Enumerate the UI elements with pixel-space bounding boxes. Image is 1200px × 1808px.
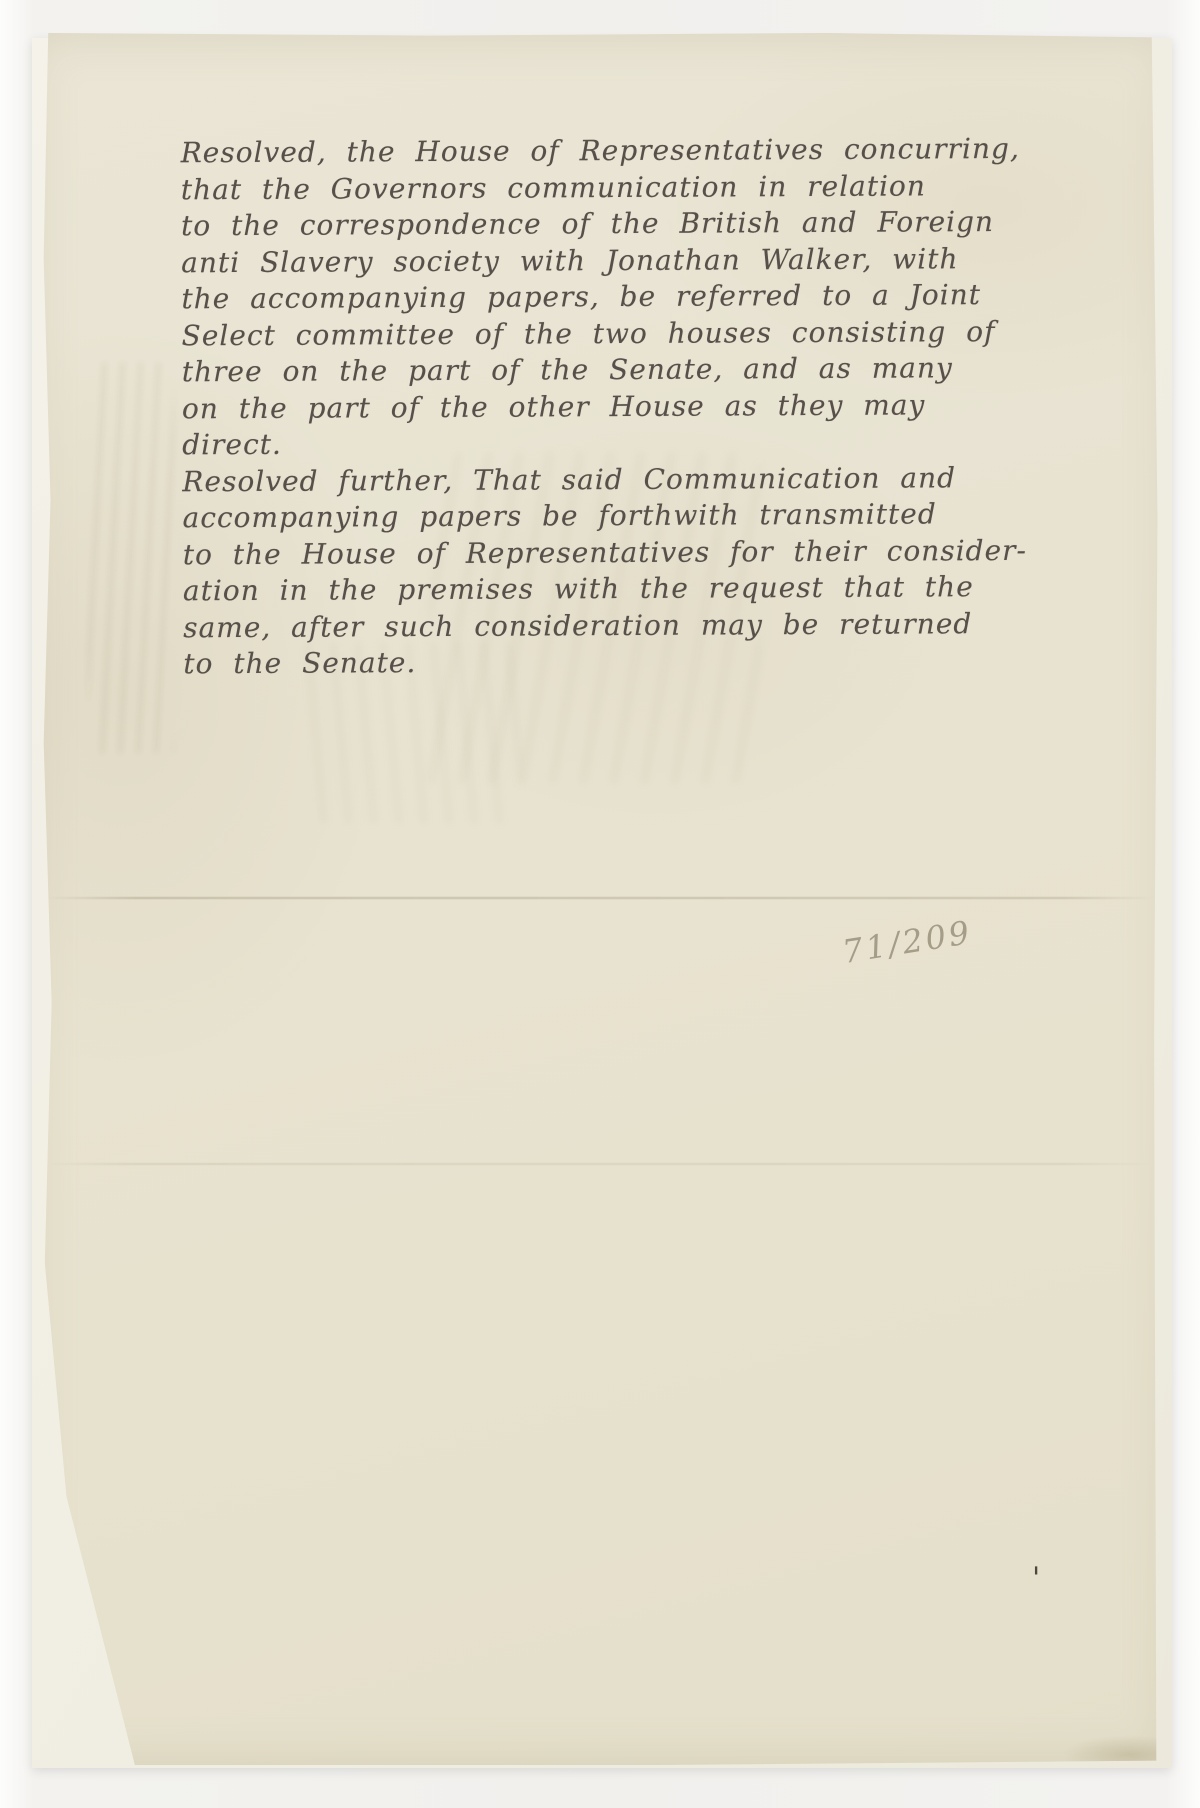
manuscript-line: accompanying papers be forthwith transmi… [182,496,1062,537]
manuscript-line: ation in the premises with the request t… [183,569,1063,610]
manuscript-line: direct. [182,423,1062,464]
manuscript-line: three on the part of the Senate, and as … [182,350,1062,391]
manuscript-line: on the part of the other House as they m… [182,386,1062,427]
fold-crease-upper [47,897,1153,899]
manuscript-line: to the correspondence of the British and… [181,204,1061,245]
manuscript-line: to the House of Representatives for thei… [183,532,1063,573]
fold-crease-lower [47,1163,1153,1165]
scanned-document: Resolved, the House of Representatives c… [0,0,1200,1808]
manuscript-line: the accompanying papers, be referred to … [181,277,1061,318]
manuscript-line: Resolved, the House of Representatives c… [181,131,1061,172]
ink-show-through-left [88,363,174,753]
manuscript-line: same, after such consideration may be re… [183,605,1063,646]
manuscript-line: that the Governors communication in rela… [181,167,1061,208]
manuscript-line: Resolved further, That said Communicatio… [182,459,1062,500]
pencil-page-number: 71/209 [840,913,975,971]
manuscript-page: Resolved, the House of Representatives c… [30,33,1170,1765]
stray-ink-mark: ' [1032,1561,1040,1596]
manuscript-line: Select committee of the two houses consi… [182,313,1062,354]
handwritten-text: Resolved, the House of Representatives c… [181,131,1064,683]
manuscript-line: anti Slavery society with Jonathan Walke… [181,240,1061,281]
manuscript-line: to the Senate. [183,642,1063,683]
